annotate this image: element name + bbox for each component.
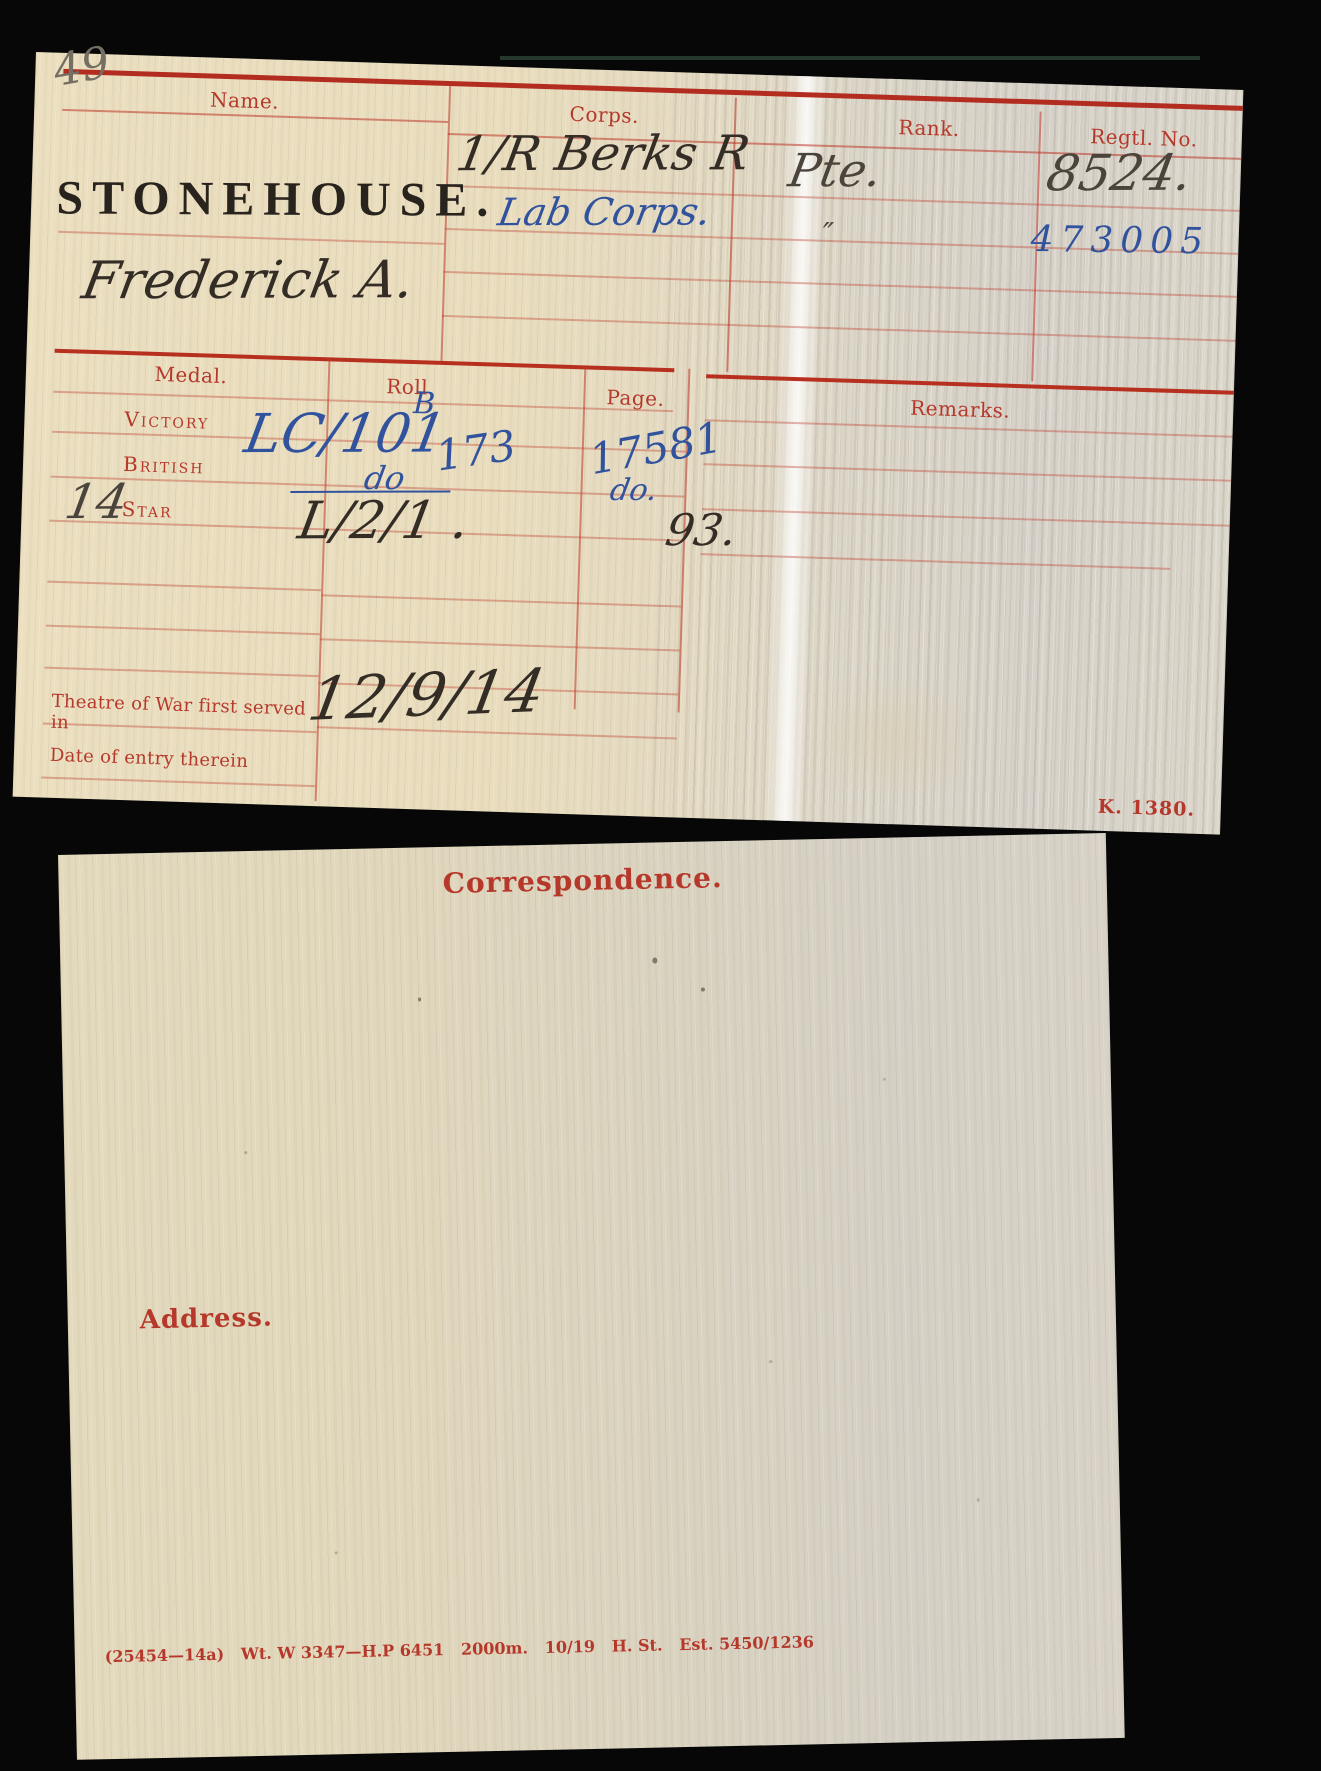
medal-header: Medal. xyxy=(121,361,262,389)
printer-imprint: (25454—14a) Wt. W 3347—H.P 6451 2000m. 1… xyxy=(105,1632,814,1666)
rule-line xyxy=(443,271,1237,298)
theatre-of-war-label: Theatre of War first served in xyxy=(51,691,312,741)
back-card: Correspondence. Address. (25454—14a) Wt.… xyxy=(58,833,1125,1760)
roll-header: Roll. xyxy=(355,373,466,400)
regtl-no-entry-2: 473005 xyxy=(1030,219,1210,263)
paper-watermark xyxy=(803,677,987,803)
surname-handwritten: STONEHOUSE. xyxy=(56,170,497,227)
rule-line xyxy=(321,594,681,607)
rule-line xyxy=(41,777,315,788)
rule-line xyxy=(705,419,1233,438)
rule-line xyxy=(701,553,1171,570)
medal-row-star: Star xyxy=(121,497,173,523)
rule-line xyxy=(442,315,1236,342)
date-of-entry-label: Date of entry therein xyxy=(50,745,311,774)
rank-entry-1: Pte. xyxy=(785,143,886,197)
address-label: Address. xyxy=(139,1303,273,1336)
rule-line xyxy=(703,463,1231,482)
date-of-entry-value: 12/9/14 xyxy=(303,656,550,734)
corps-entry-2: Lab Corps. xyxy=(495,190,714,234)
medal-row-victory: Victory xyxy=(124,407,210,434)
regtl-no-entry-1: 8524. xyxy=(1042,144,1196,202)
forename-handwritten: Frederick A. xyxy=(78,250,419,311)
scanned-medal-card-page: Correspondence. Address. (25454—14a) Wt.… xyxy=(0,0,1321,1771)
rank-column-header: Rank. xyxy=(864,114,995,142)
page-value-british-ditto: do. xyxy=(607,473,660,508)
roll-value-star: L/2/1 . xyxy=(294,491,474,551)
medal-row-british: British xyxy=(123,452,205,479)
paper-speck xyxy=(418,997,421,1001)
name-column-header: Name. xyxy=(174,86,315,114)
front-card: Name. Corps. Rank. Regtl. No. 49 STONEHO… xyxy=(13,52,1244,835)
remarks-header: Remarks. xyxy=(880,395,1041,424)
paper-speck xyxy=(701,987,705,991)
rank-entry-2-ditto: ″ xyxy=(822,217,834,252)
corner-number: 49 xyxy=(49,37,113,97)
paper-speck xyxy=(652,957,657,963)
paper-speck xyxy=(883,1078,886,1081)
rule-line xyxy=(47,581,321,592)
rule-line xyxy=(320,638,680,651)
correspondence-title: Correspondence. xyxy=(58,853,1106,908)
corps-entry-1: 1/R Berks R xyxy=(452,126,753,183)
page-header: Page. xyxy=(585,384,686,411)
roll-value-victory-sup: B xyxy=(413,386,436,422)
rule-line xyxy=(58,231,444,245)
paper-speck xyxy=(977,1498,980,1502)
rule-line xyxy=(706,374,1234,395)
paper-texture xyxy=(58,833,1125,1760)
paper-speck xyxy=(769,1360,773,1363)
scan-edge-artifact xyxy=(500,56,1200,60)
paper-speck xyxy=(244,1151,247,1154)
form-reference: K. 1380. xyxy=(1097,796,1195,821)
paper-speck xyxy=(335,1551,338,1554)
rule-line xyxy=(702,508,1230,527)
page-value-star: 93. xyxy=(662,505,741,556)
rule-line xyxy=(45,667,319,678)
rule-line xyxy=(46,625,320,636)
roll-value-victory-extra: 173 xyxy=(433,421,519,481)
